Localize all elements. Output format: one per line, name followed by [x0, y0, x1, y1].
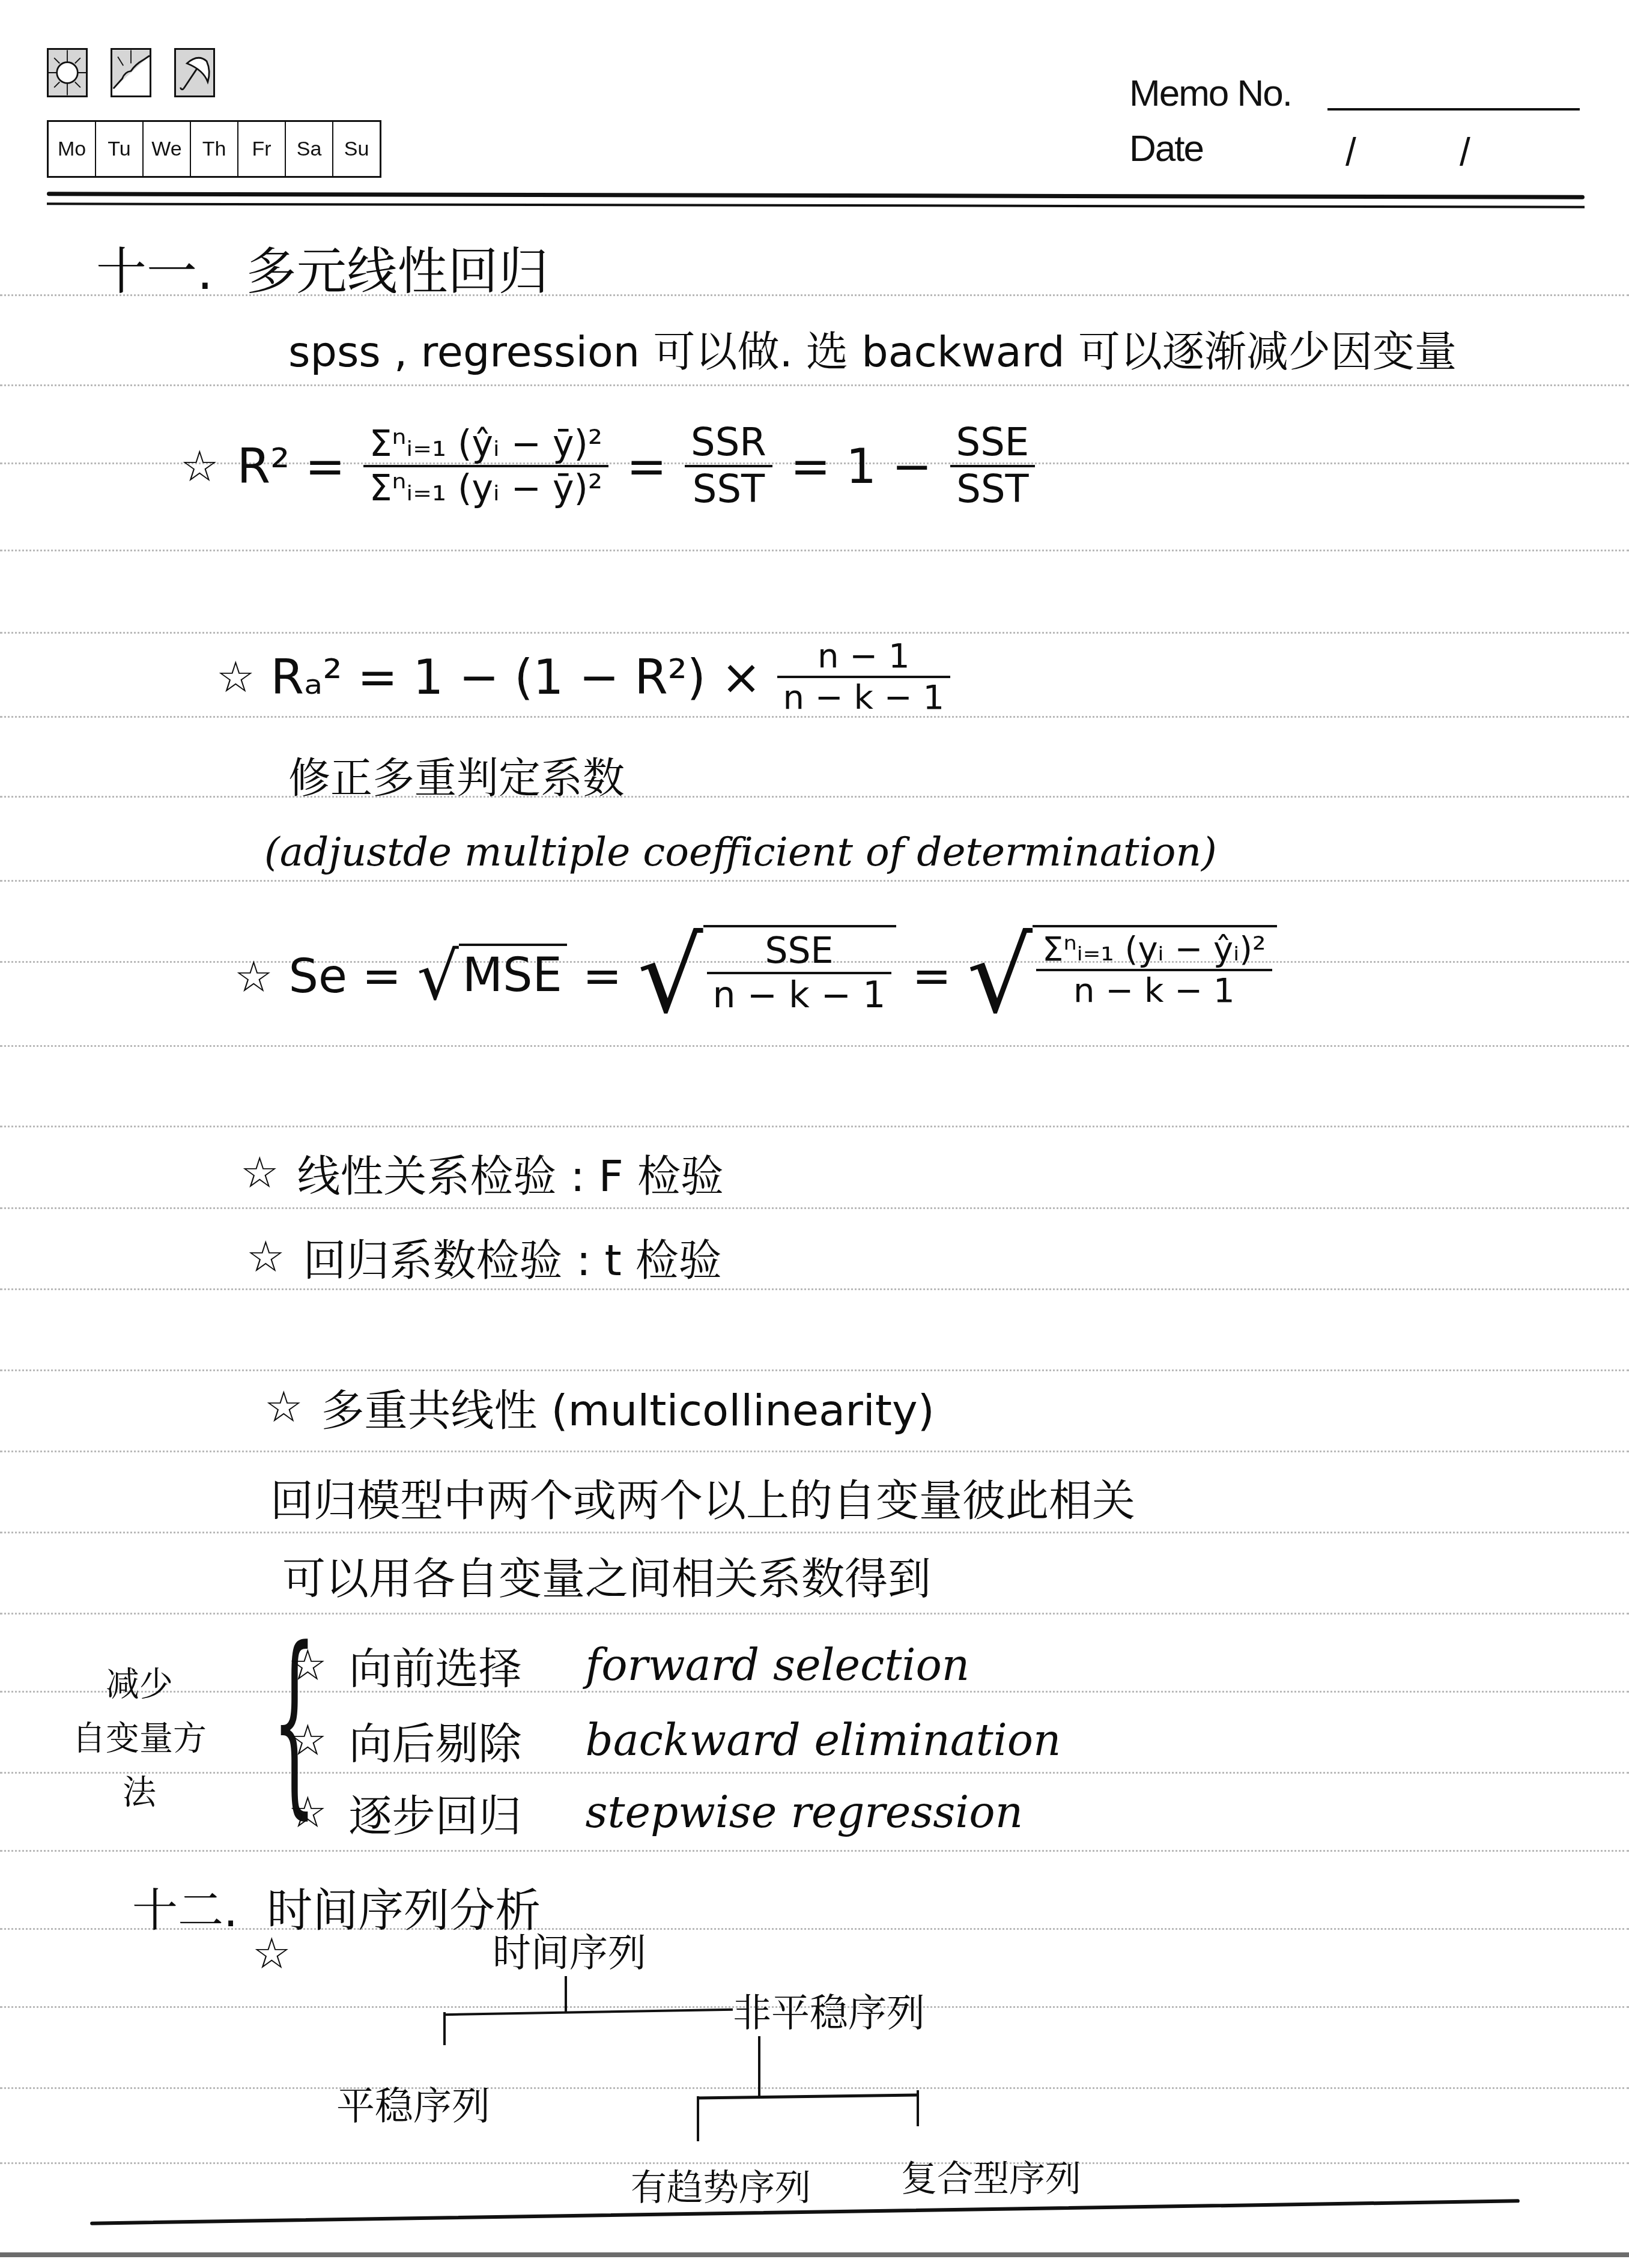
tree-connector — [697, 2096, 699, 2141]
star-marker-icon: ☆ — [180, 441, 219, 491]
star-marker-icon: ☆ — [264, 1381, 303, 1432]
label-line: 自变量方 — [72, 1712, 207, 1766]
label-line: 法 — [72, 1766, 207, 1820]
label-line: 减少 — [72, 1658, 207, 1712]
ruled-line — [0, 632, 1629, 634]
method-cn: 向前选择 — [349, 1634, 522, 1696]
weekday-tu[interactable]: Tu — [96, 122, 144, 176]
adjusted-r-squared-formula: ☆ Rₐ² = 1 − (1 − R²) × n − 1 n − k − 1 — [216, 637, 950, 717]
square-root: √MSE — [417, 944, 567, 1009]
weekday-fr[interactable]: Fr — [238, 122, 286, 176]
weekday-su[interactable]: Su — [333, 122, 380, 176]
method-forward-selection: ☆ 向前选择 forward selection — [288, 1634, 969, 1696]
ruled-line — [0, 2087, 1629, 2089]
method-stepwise-regression: ☆ 逐步回归 stepwise regression — [288, 1781, 1023, 1843]
weekday-mo[interactable]: Mo — [49, 122, 96, 176]
f-test-note: ☆ 线性关系检验 : F 检验 — [240, 1141, 724, 1204]
denominator: n − k − 1 — [707, 974, 892, 1016]
adjusted-r2-cn-name: 修正多重判定系数 — [288, 745, 625, 805]
equals: = — [912, 950, 951, 1004]
numerator: Σⁿᵢ₌₁ (yᵢ − ŷᵢ)² — [1036, 930, 1272, 969]
star-marker-icon: ☆ — [234, 951, 273, 1002]
reduce-variables-label: 减少 自变量方 法 — [72, 1658, 207, 1820]
t-test-note: ☆ 回归系数检验 : t 检验 — [246, 1225, 722, 1288]
ruled-line — [0, 880, 1629, 882]
ruled-line — [0, 1772, 1629, 1774]
memo-number-label: Memo No. — [1129, 72, 1291, 115]
tree-connector — [758, 2036, 760, 2096]
method-en: stepwise regression — [586, 1787, 1023, 1837]
fraction: SSE SST — [950, 420, 1036, 512]
method-backward-elimination: ☆ 向后剔除 backward elimination — [288, 1709, 1061, 1771]
square-root: √ Σⁿᵢ₌₁ (yᵢ − ŷᵢ)² n − k − 1 — [967, 925, 1277, 1028]
tree-node-stationary: 平稳序列 — [336, 2075, 490, 2130]
note-text: 回归系数检验 : t 检验 — [303, 1225, 722, 1288]
star-marker-icon: ☆ — [288, 1640, 327, 1690]
weather-icons — [47, 48, 215, 97]
weekday-th[interactable]: Th — [191, 122, 238, 176]
adjusted-r2-en-name: (adjustde multiple coefficient of determ… — [264, 829, 1217, 875]
ruled-line — [0, 796, 1629, 798]
tree-node-trend: 有趋势序列 — [631, 2159, 811, 2211]
weekday-selector: Mo Tu We Th Fr Sa Su — [47, 120, 381, 178]
tree-connector — [565, 1976, 567, 2012]
equals: = — [626, 438, 667, 494]
ruled-line — [0, 1850, 1629, 1852]
method-en: forward selection — [586, 1640, 970, 1690]
denominator: n − k − 1 — [1067, 971, 1241, 1010]
date-label: Date — [1129, 127, 1203, 170]
numerator: SSE — [759, 930, 839, 972]
formula-lhs: Se = — [289, 950, 402, 1004]
denominator: Σⁿᵢ₌₁ (yᵢ − ȳ)² — [363, 467, 608, 509]
method-cn: 向后剔除 — [349, 1709, 522, 1771]
ruled-line — [0, 1288, 1629, 1290]
ruled-line — [0, 1045, 1629, 1047]
fraction: SSR SST — [685, 420, 772, 512]
partly-cloudy-icon — [111, 48, 151, 97]
ruled-line — [0, 550, 1629, 551]
weekday-we[interactable]: We — [144, 122, 191, 176]
section-number: 十二. — [132, 1884, 238, 1937]
tree-connector — [443, 2012, 446, 2045]
equals: = 1 − — [790, 438, 932, 494]
section-12-heading: 十二. 时间序列分析 — [132, 1874, 541, 1939]
header-divider — [47, 192, 1585, 199]
formula-lhs: Rₐ² = 1 − (1 − R²) × — [271, 649, 762, 705]
ruled-line — [0, 1369, 1629, 1371]
tree-connector — [917, 2090, 919, 2126]
method-en: backward elimination — [586, 1715, 1061, 1765]
spss-note: spss , regression 可以做. 选 backward 可以逐渐减少… — [288, 318, 1457, 379]
section-number: 十一. — [96, 242, 213, 301]
fraction: Σⁿᵢ₌₁ (ŷᵢ − ȳ)² Σⁿᵢ₌₁ (yᵢ − ȳ)² — [363, 423, 608, 509]
note-text: 线性关系检验 : F 检验 — [297, 1141, 724, 1204]
section-11-heading: 十一. 多元线性回归 — [96, 231, 548, 304]
note-text: 多重共线性 (multicollinearity) — [321, 1375, 935, 1438]
date-separator: / — [1345, 130, 1356, 174]
multicollinearity-detection: 可以用各自变量之间相关系数得到 — [282, 1544, 931, 1606]
numerator: n − 1 — [811, 637, 916, 676]
star-marker-icon: ☆ — [240, 1147, 279, 1198]
fraction: n − 1 n − k − 1 — [777, 637, 951, 717]
formula-lhs: R² = — [237, 438, 345, 494]
equals: = — [583, 950, 622, 1004]
sunny-icon — [47, 48, 88, 97]
tree-node-composite: 复合型序列 — [901, 2150, 1081, 2202]
weekday-sa[interactable]: Sa — [286, 122, 333, 176]
numerator: SSE — [950, 420, 1036, 465]
ruled-line — [0, 1126, 1629, 1127]
denominator: SST — [950, 467, 1034, 512]
section-title: 多元线性回归 — [246, 242, 548, 301]
tree-connector — [444, 2009, 733, 2016]
ruled-line — [0, 2162, 1629, 2164]
tree-node-nonstationary: 非平稳序列 — [733, 1982, 925, 2037]
star-marker-icon: ☆ — [288, 1787, 327, 1837]
ruled-line — [0, 1532, 1629, 1533]
square-root: √ SSE n − k − 1 — [637, 925, 896, 1028]
header-divider-thin — [47, 202, 1585, 208]
star-marker-icon: ☆ — [216, 652, 255, 702]
ruled-line — [0, 1451, 1629, 1452]
date-separator: / — [1460, 130, 1470, 174]
umbrella-rain-icon — [174, 48, 215, 97]
radicand: MSE — [459, 944, 567, 1009]
ruled-line — [0, 1613, 1629, 1615]
memo-number-field[interactable] — [1327, 108, 1580, 111]
multicollinearity-definition: 回归模型中两个或两个以上的自变量彼此相关 — [270, 1466, 1135, 1528]
ruled-line — [0, 384, 1629, 386]
multicollinearity-title: ☆ 多重共线性 (multicollinearity) — [264, 1375, 935, 1438]
star-marker-icon: ☆ — [252, 1928, 291, 1978]
denominator: SST — [687, 467, 771, 512]
numerator: Σⁿᵢ₌₁ (ŷᵢ − ȳ)² — [363, 423, 608, 465]
standard-error-formula: ☆ Se = √MSE = √ SSE n − k − 1 = √ Σⁿᵢ₌₁ … — [234, 925, 1277, 1028]
method-cn: 逐步回归 — [349, 1781, 522, 1843]
tree-connector — [697, 2093, 919, 2099]
star-marker-icon: ☆ — [288, 1715, 327, 1765]
tree-root: 时间序列 — [493, 1922, 646, 1977]
r-squared-formula: ☆ R² = Σⁿᵢ₌₁ (ŷᵢ − ȳ)² Σⁿᵢ₌₁ (yᵢ − ȳ)² =… — [180, 420, 1035, 512]
denominator: n − k − 1 — [777, 678, 951, 717]
scan-edge — [0, 2252, 1629, 2257]
star-marker-icon: ☆ — [246, 1231, 285, 1282]
ruled-line — [0, 1207, 1629, 1209]
numerator: SSR — [685, 420, 772, 465]
